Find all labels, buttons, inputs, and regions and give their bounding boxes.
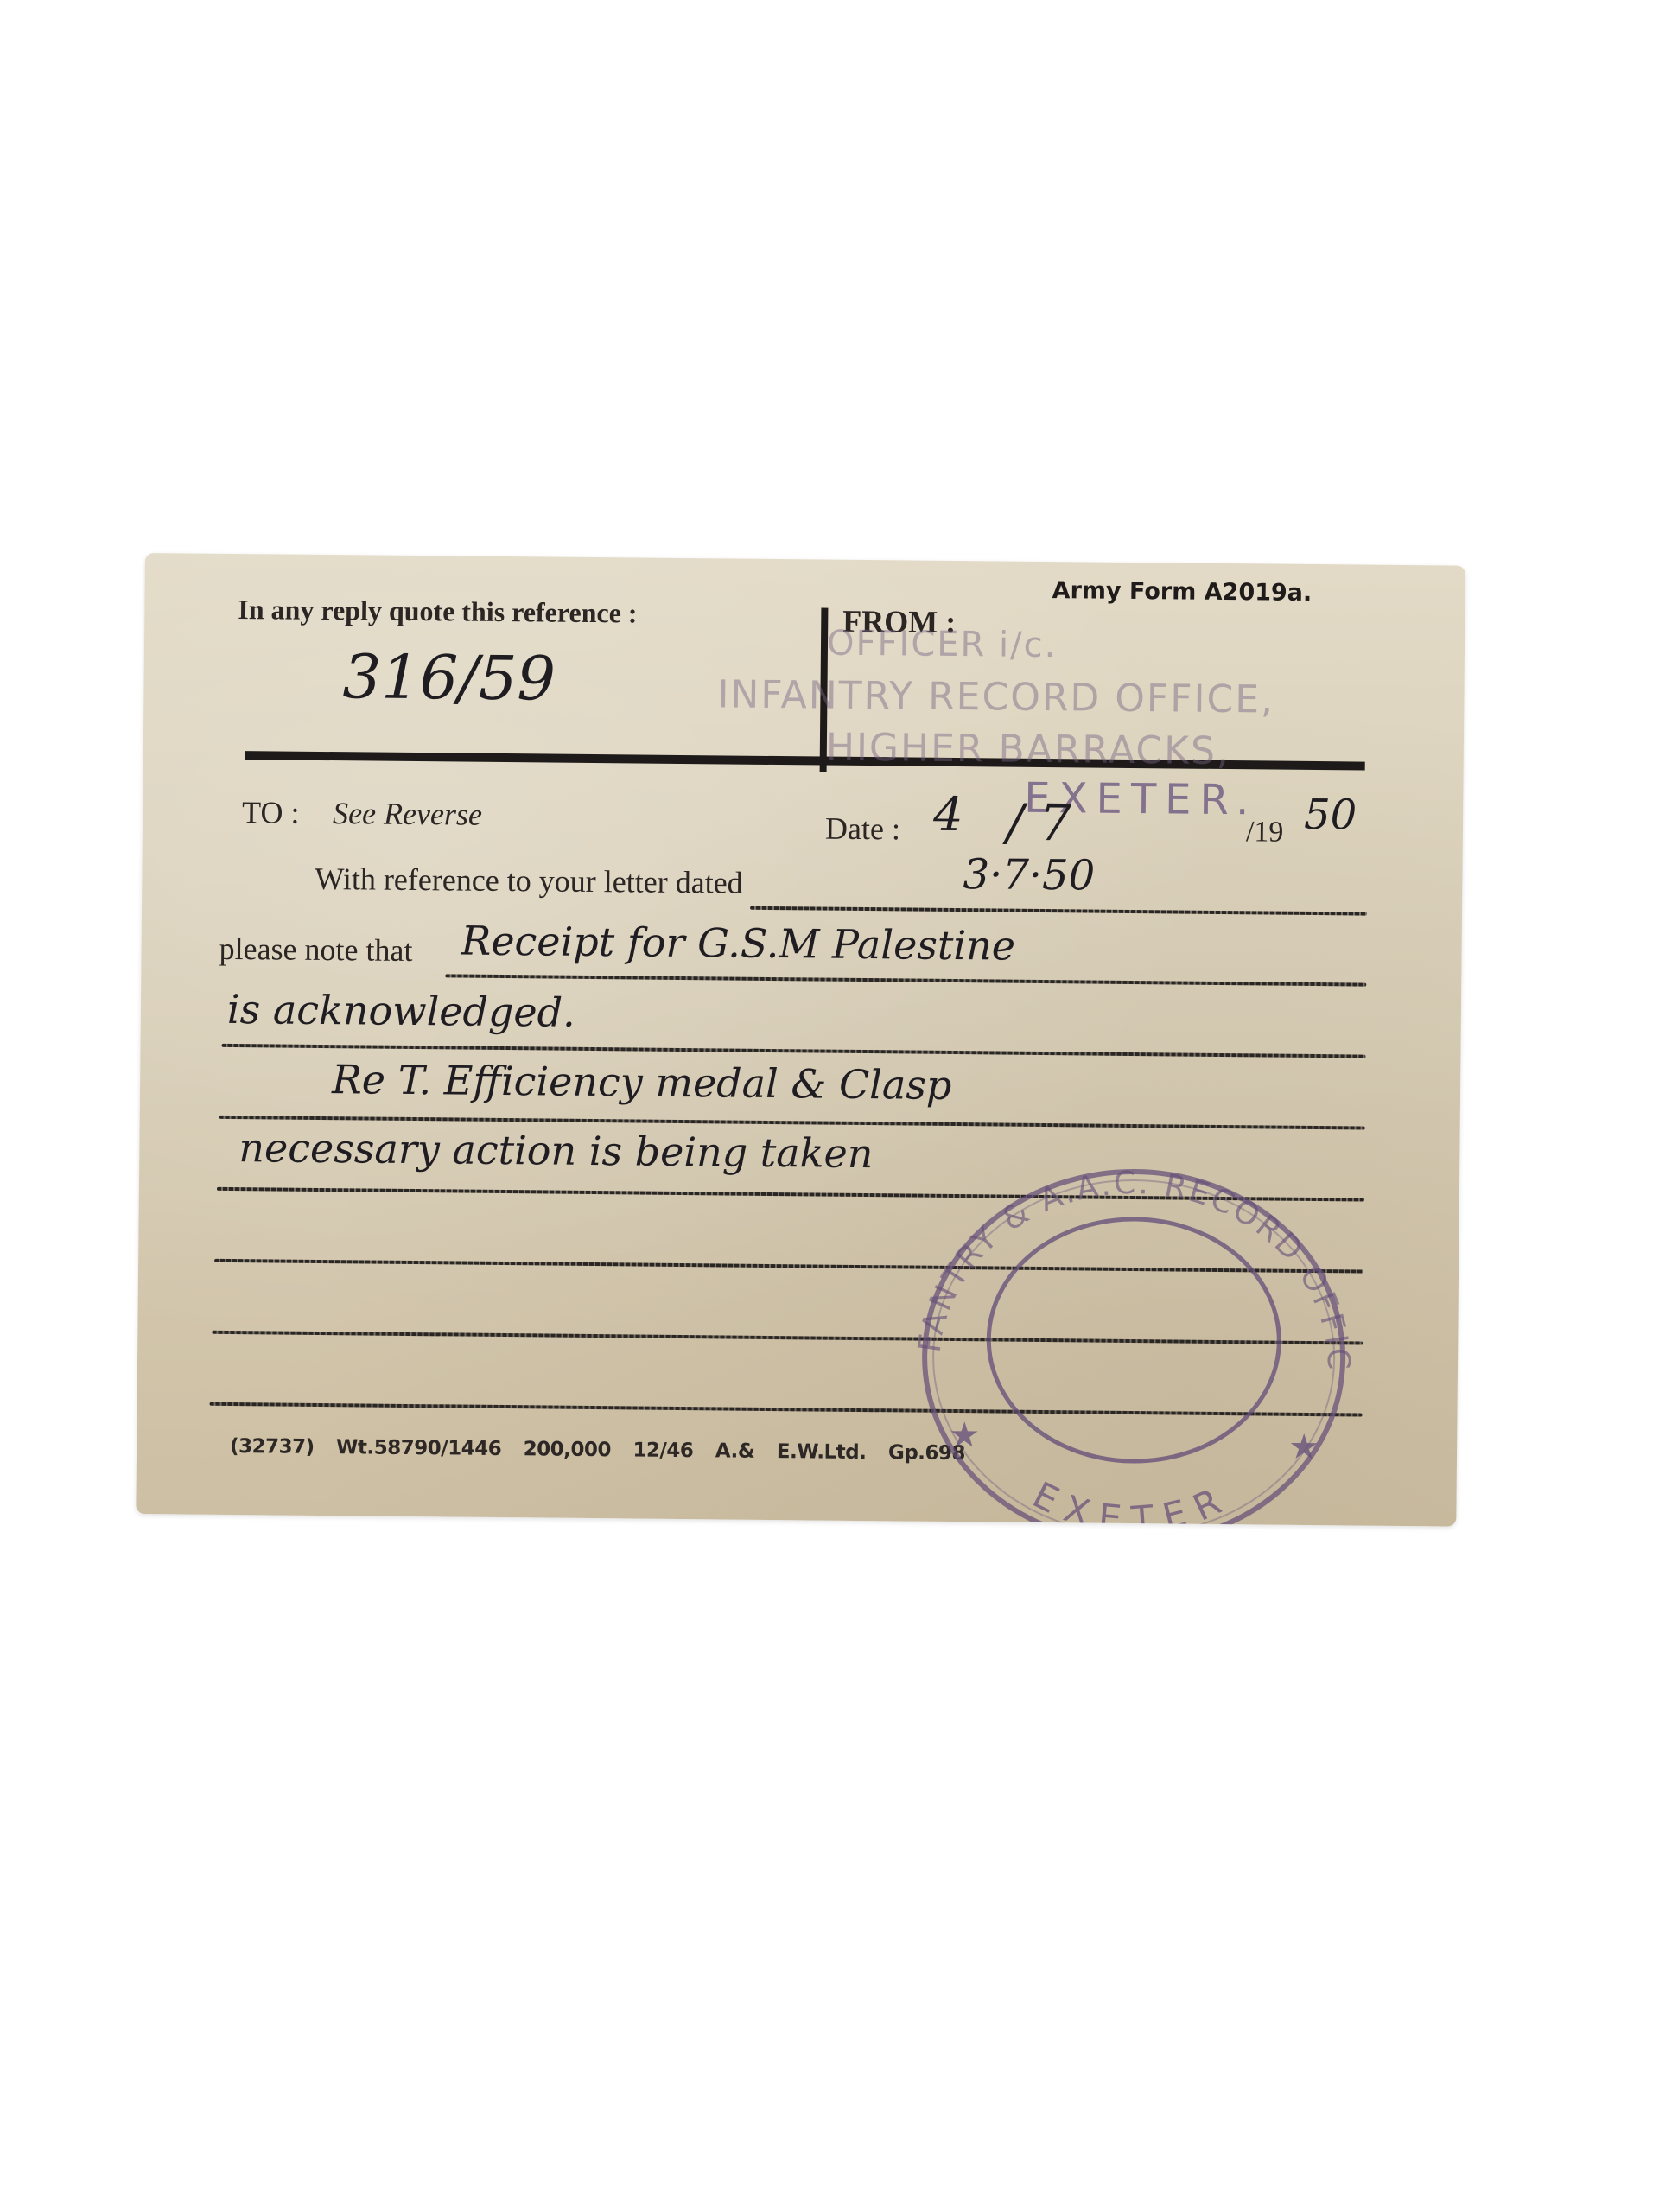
to-value: See Reverse (333, 795, 482, 833)
reference-value: 316/59 (342, 641, 556, 714)
body-line-2: is acknowledged. (227, 986, 575, 1036)
body-line-4: necessary action is being taken (238, 1124, 874, 1177)
dotted-rule (445, 974, 1366, 986)
date-month: / 7 (1007, 793, 1072, 853)
form-title: Army Form A2019a. (1052, 577, 1312, 607)
star-icon: ★ (949, 1415, 980, 1454)
svg-text:INFANTRY & A.A.C. RECORD OFFIC: INFANTRY & A.A.C. RECORD OFFICE (903, 1147, 1358, 1373)
from-stamp-line-3: HIGHER BARRACKS, (826, 726, 1231, 773)
stamp-top-text: INFANTRY & A.A.C. RECORD OFFICE (903, 1147, 1358, 1373)
body-line-1: Receipt for G.S.M Palestine (461, 918, 1015, 969)
date-day: 4 (933, 787, 963, 842)
please-note-label: please note that (219, 931, 412, 969)
army-form-card: Army Form A2019a. In any reply quote thi… (136, 553, 1465, 1527)
print-code-footer: (32737) Wt.58790/1446 200,000 12/46 A.& … (230, 1435, 965, 1465)
dotted-rule (750, 906, 1367, 916)
date-label: Date : (825, 810, 900, 848)
svg-text:EXETER: EXETER (1026, 1473, 1238, 1527)
from-stamp-line-1: OFFICER i/c. (827, 624, 1058, 666)
record-office-stamp: INFANTRY & A.A.C. RECORD OFFICE EXETER ★… (903, 1147, 1364, 1526)
reference-label: In any reply quote this reference : (238, 594, 638, 629)
from-stamp-line-2: INFANTRY RECORD OFFICE, (717, 672, 1274, 721)
with-reference-label: With reference to your letter dated (315, 861, 743, 901)
to-label: TO : (242, 794, 300, 831)
star-icon: ★ (1288, 1427, 1319, 1466)
stamp-bottom-text: EXETER (1026, 1473, 1238, 1527)
date-year-handwritten: 50 (1304, 791, 1357, 840)
body-line-3: Re T. Efficiency medal & Clasp (332, 1056, 952, 1109)
date-year-prefix: /19 (1246, 816, 1284, 849)
with-reference-date: 3·7·50 (963, 850, 1095, 899)
